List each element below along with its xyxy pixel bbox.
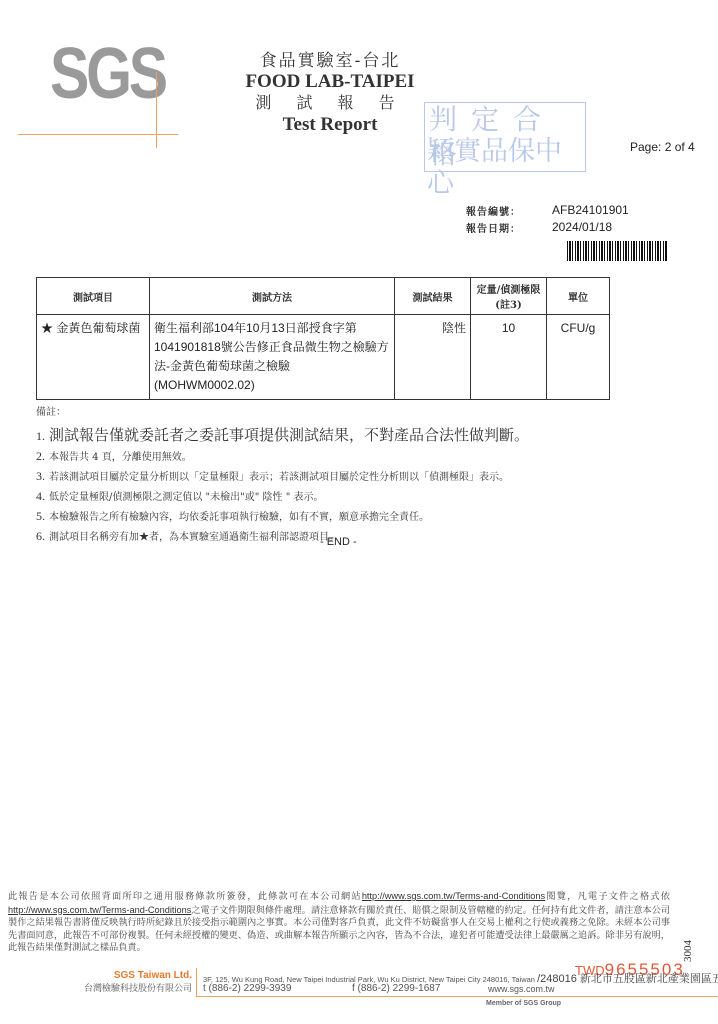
member-of-group: Member of SGS Group — [486, 1000, 561, 1007]
terms-link[interactable]: http://www.sgs.com.tw/Terms-and-Conditio… — [362, 891, 545, 901]
approval-stamp: 判定合格 穎實品保中心 — [424, 102, 586, 172]
report-meta: 報告編號： AFB24101901 報告日期： 2024/01/18 — [466, 203, 629, 237]
stamp-line-2: 穎實品保中心 — [427, 136, 585, 200]
results-table: 測試項目 測試方法 測試結果 定量/偵測極限(註3) 單位 ★ 金黃色葡萄球菌 … — [36, 277, 610, 400]
cell-item: ★ 金黃色葡萄球菌 — [37, 315, 150, 400]
barcode — [567, 241, 668, 261]
logo-horizontal-line — [18, 134, 178, 135]
company-fax: f (886-2) 2299-1687 — [352, 983, 440, 994]
report-title-zh: 測 試 報 告 — [230, 92, 430, 114]
note-item: 2.本報告共 4 頁，分離使用無效。 — [36, 447, 636, 467]
report-number: AFB24101901 — [552, 203, 629, 220]
cell-limit: 10 — [471, 315, 547, 400]
company-name-en: SGS Taiwan Ltd. — [60, 970, 192, 981]
sgs-logo: SGS — [18, 38, 178, 110]
report-date: 2024/01/18 — [552, 220, 612, 237]
company-phone: t (886-2) 2299-3939 — [203, 983, 291, 994]
note-item: 1.測試報告僅就委託者之委託事項提供測試結果，不對產品合法性做判斷。 — [36, 424, 636, 447]
page-number: Page: 2 of 4 — [630, 140, 695, 154]
report-header: 食品實驗室-台北 FOOD LAB-TAIPEI 測 試 報 告 Test Re… — [230, 50, 430, 136]
notes-section: 備註： 1.測試報告僅就委託者之委託事項提供測試結果，不對產品合法性做判斷。 2… — [36, 403, 636, 547]
logo-vertical-line — [156, 72, 157, 148]
footer-divider — [196, 968, 197, 996]
note-item: 4.低於定量極限/偵測極限之測定值以 "未檢出"或" 陰性 " 表示。 — [36, 487, 636, 507]
company-name-zh: 台灣檢驗科技股份有限公司 — [60, 981, 192, 994]
company-website[interactable]: www.sgs.com.tw — [488, 984, 555, 994]
legal-disclaimer: 此報告是本公司依照背面所印之通用服務條款所簽發，此條款可在本公司網站http:/… — [8, 890, 670, 955]
company-name: SGS Taiwan Ltd. 台灣檢驗科技股份有限公司 — [60, 970, 192, 994]
table-row: ★ 金黃色葡萄球菌 衛生福利部104年10月13日部授食字第1041901818… — [37, 315, 610, 400]
col-header-method: 測試方法 — [150, 278, 395, 315]
col-header-result: 測試結果 — [395, 278, 471, 315]
cell-unit: CFU/g — [547, 315, 610, 400]
end-marker: - END - — [320, 536, 357, 548]
note-item: 5.本檢驗報告之所有檢驗內容，均依委託事項執行檢驗，如有不實，願意承擔完全責任。 — [36, 507, 636, 527]
col-header-unit: 單位 — [547, 278, 610, 315]
lab-name-zh: 食品實驗室-台北 — [230, 50, 430, 72]
side-code: 3004 — [682, 940, 694, 962]
cell-method: 衛生福利部104年10月13日部授食字第1041901818號公告修正食品微生物… — [150, 315, 395, 400]
note-item: 3.若該測試項目屬於定量分析則以「定量極限」表示；若該測試項目屬於定性分析則以「… — [36, 467, 636, 487]
notes-title: 備註： — [36, 403, 636, 418]
table-header-row: 測試項目 測試方法 測試結果 定量/偵測極限(註3) 單位 — [37, 278, 610, 315]
logo-text: SGS — [50, 38, 165, 110]
lab-name-en: FOOD LAB-TAIPEI — [230, 72, 430, 92]
cell-result: 陰性 — [395, 315, 471, 400]
terms-link[interactable]: http://www.sgs.com.tw/Terms-and-Conditio… — [8, 905, 191, 915]
report-date-label: 報告日期： — [466, 220, 552, 237]
col-header-item: 測試項目 — [37, 278, 150, 315]
col-header-limit: 定量/偵測極限(註3) — [471, 278, 547, 315]
footer-line — [196, 996, 718, 997]
report-title-en: Test Report — [230, 114, 430, 136]
report-number-label: 報告編號： — [466, 203, 552, 220]
